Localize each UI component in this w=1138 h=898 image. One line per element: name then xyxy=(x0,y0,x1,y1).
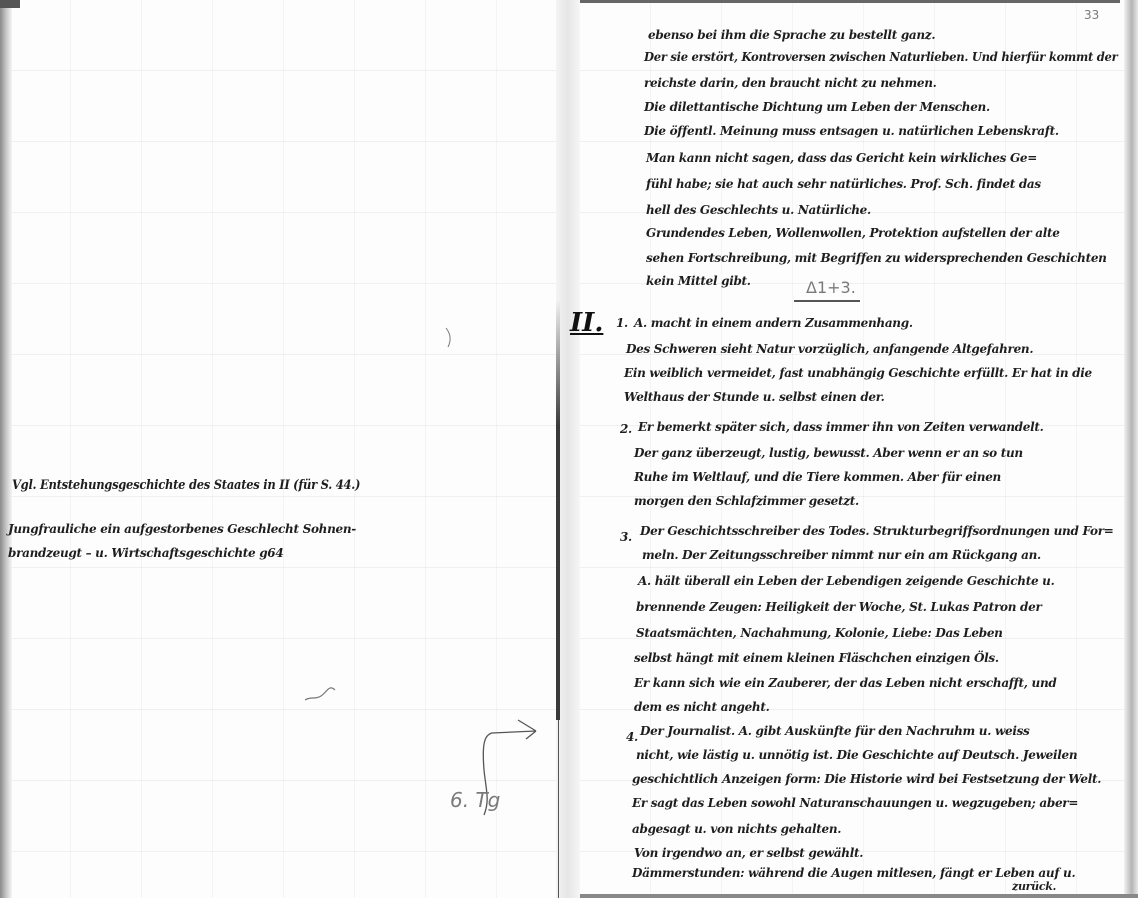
closing-line: Von irgendwo an, er selbst gewählt. xyxy=(634,846,863,860)
left-page-edge xyxy=(0,0,12,898)
item-line: Ein weiblich vermeidet, fast unabhängig … xyxy=(624,366,1092,380)
notebook-spread: Vgl. Entstehungsgeschichte des Staates i… xyxy=(0,0,1138,898)
gutter-shadow xyxy=(556,300,560,720)
item-line: nicht, wie lästig u. unnötig ist. Die Ge… xyxy=(636,748,1077,762)
left-note-line-3: brandzeugt – u. Wirtschaftsgeschichte g6… xyxy=(8,546,283,560)
section-marker: II. xyxy=(570,308,603,338)
item-line: morgen den Schlafzimmer gesetzt. xyxy=(634,494,859,508)
left-note-line-1: Vgl. Entstehungsgeschichte des Staates i… xyxy=(12,478,360,493)
item-line: Ruhe im Weltlauf, und die Tiere kommen. … xyxy=(634,470,1001,484)
text-line: ebenso bei ihm die Sprache zu bestellt g… xyxy=(648,28,935,42)
delta-label: Δ1+3. xyxy=(806,278,856,297)
item-line: Der Journalist. A. gibt Auskünfte für de… xyxy=(640,724,1030,738)
left-corner-shadow xyxy=(0,0,20,8)
item-number: 3. xyxy=(620,530,632,544)
item-line: Des Schweren sieht Natur vorzüglich, anf… xyxy=(626,342,1033,356)
text-line: fühl habe; sie hat auch sehr natürliches… xyxy=(646,177,1041,191)
left-note-line-2: Jungfrauliche ein aufgestorbenes Geschle… xyxy=(8,522,356,536)
text-line: Man kann nicht sagen, dass das Gericht k… xyxy=(646,151,1037,165)
text-line: reichste darin, den braucht nicht zu neh… xyxy=(644,76,937,90)
text-line: Grundendes Leben, Wollenwollen, Protekti… xyxy=(646,226,1060,240)
item-line: Der ganz überzeugt, lustig, bewusst. Abe… xyxy=(634,446,1023,460)
text-line: hell des Geschlechts u. Natürliche. xyxy=(646,203,871,217)
item-line: Er bemerkt später sich, dass immer ihn v… xyxy=(638,420,1043,434)
item-line: Der Geschichtsschreiber des Todes. Struk… xyxy=(640,524,1114,538)
text-line: kein Mittel gibt. xyxy=(646,274,751,288)
item-line: A. hält überall ein Leben der Lebendigen… xyxy=(638,574,1055,588)
item-line: abgesagt u. von nichts gehalten. xyxy=(632,822,841,836)
margin-annotation: 6. Tg xyxy=(450,788,500,812)
text-line: Die dilettantische Dichtung um Leben der… xyxy=(644,100,990,114)
pencil-squiggle xyxy=(305,680,345,704)
item-number: 1. xyxy=(616,316,628,330)
right-page-edge xyxy=(1124,0,1138,898)
pencil-mark xyxy=(440,325,460,355)
item-line: A. macht in einem andern Zusammenhang. xyxy=(634,316,913,330)
closing-line: zurück. xyxy=(1012,880,1056,893)
item-line: meln. Der Zeitungsschreiber nimmt nur ei… xyxy=(642,548,1041,562)
text-line: sehen Fortschreibung, mit Begriffen zu w… xyxy=(646,251,1107,265)
item-line: selbst hängt mit einem kleinen Fläschche… xyxy=(634,651,999,665)
item-line: Welthaus der Stunde u. selbst einen der. xyxy=(624,390,885,404)
item-number: 2. xyxy=(620,422,632,436)
delta-underline xyxy=(794,300,860,302)
right-page-top-edge xyxy=(580,0,1120,3)
item-line: Er kann sich wie ein Zauberer, der das L… xyxy=(634,676,1056,690)
item-line: geschichtlich Anzeigen form: Die Histori… xyxy=(632,772,1101,786)
item-line: brennende Zeugen: Heiligkeit der Woche, … xyxy=(636,600,1042,614)
right-page-bottom-edge xyxy=(580,894,1138,898)
page-number: 33 xyxy=(1084,8,1099,22)
closing-line: Dämmerstunden: während die Augen mitlese… xyxy=(632,866,1075,880)
item-line: Er sagt das Leben sowohl Naturanschauung… xyxy=(632,796,1078,810)
text-line: Die öffentl. Meinung muss entsagen u. na… xyxy=(644,124,1059,138)
gutter-line xyxy=(558,720,559,898)
item-line: Staatsmächten, Nachahmung, Kolonie, Lieb… xyxy=(636,626,1003,640)
text-line: Der sie erstört, Kontroversen zwischen N… xyxy=(644,50,1117,64)
item-line: dem es nicht angeht. xyxy=(634,700,769,714)
item-number: 4. xyxy=(626,730,638,744)
